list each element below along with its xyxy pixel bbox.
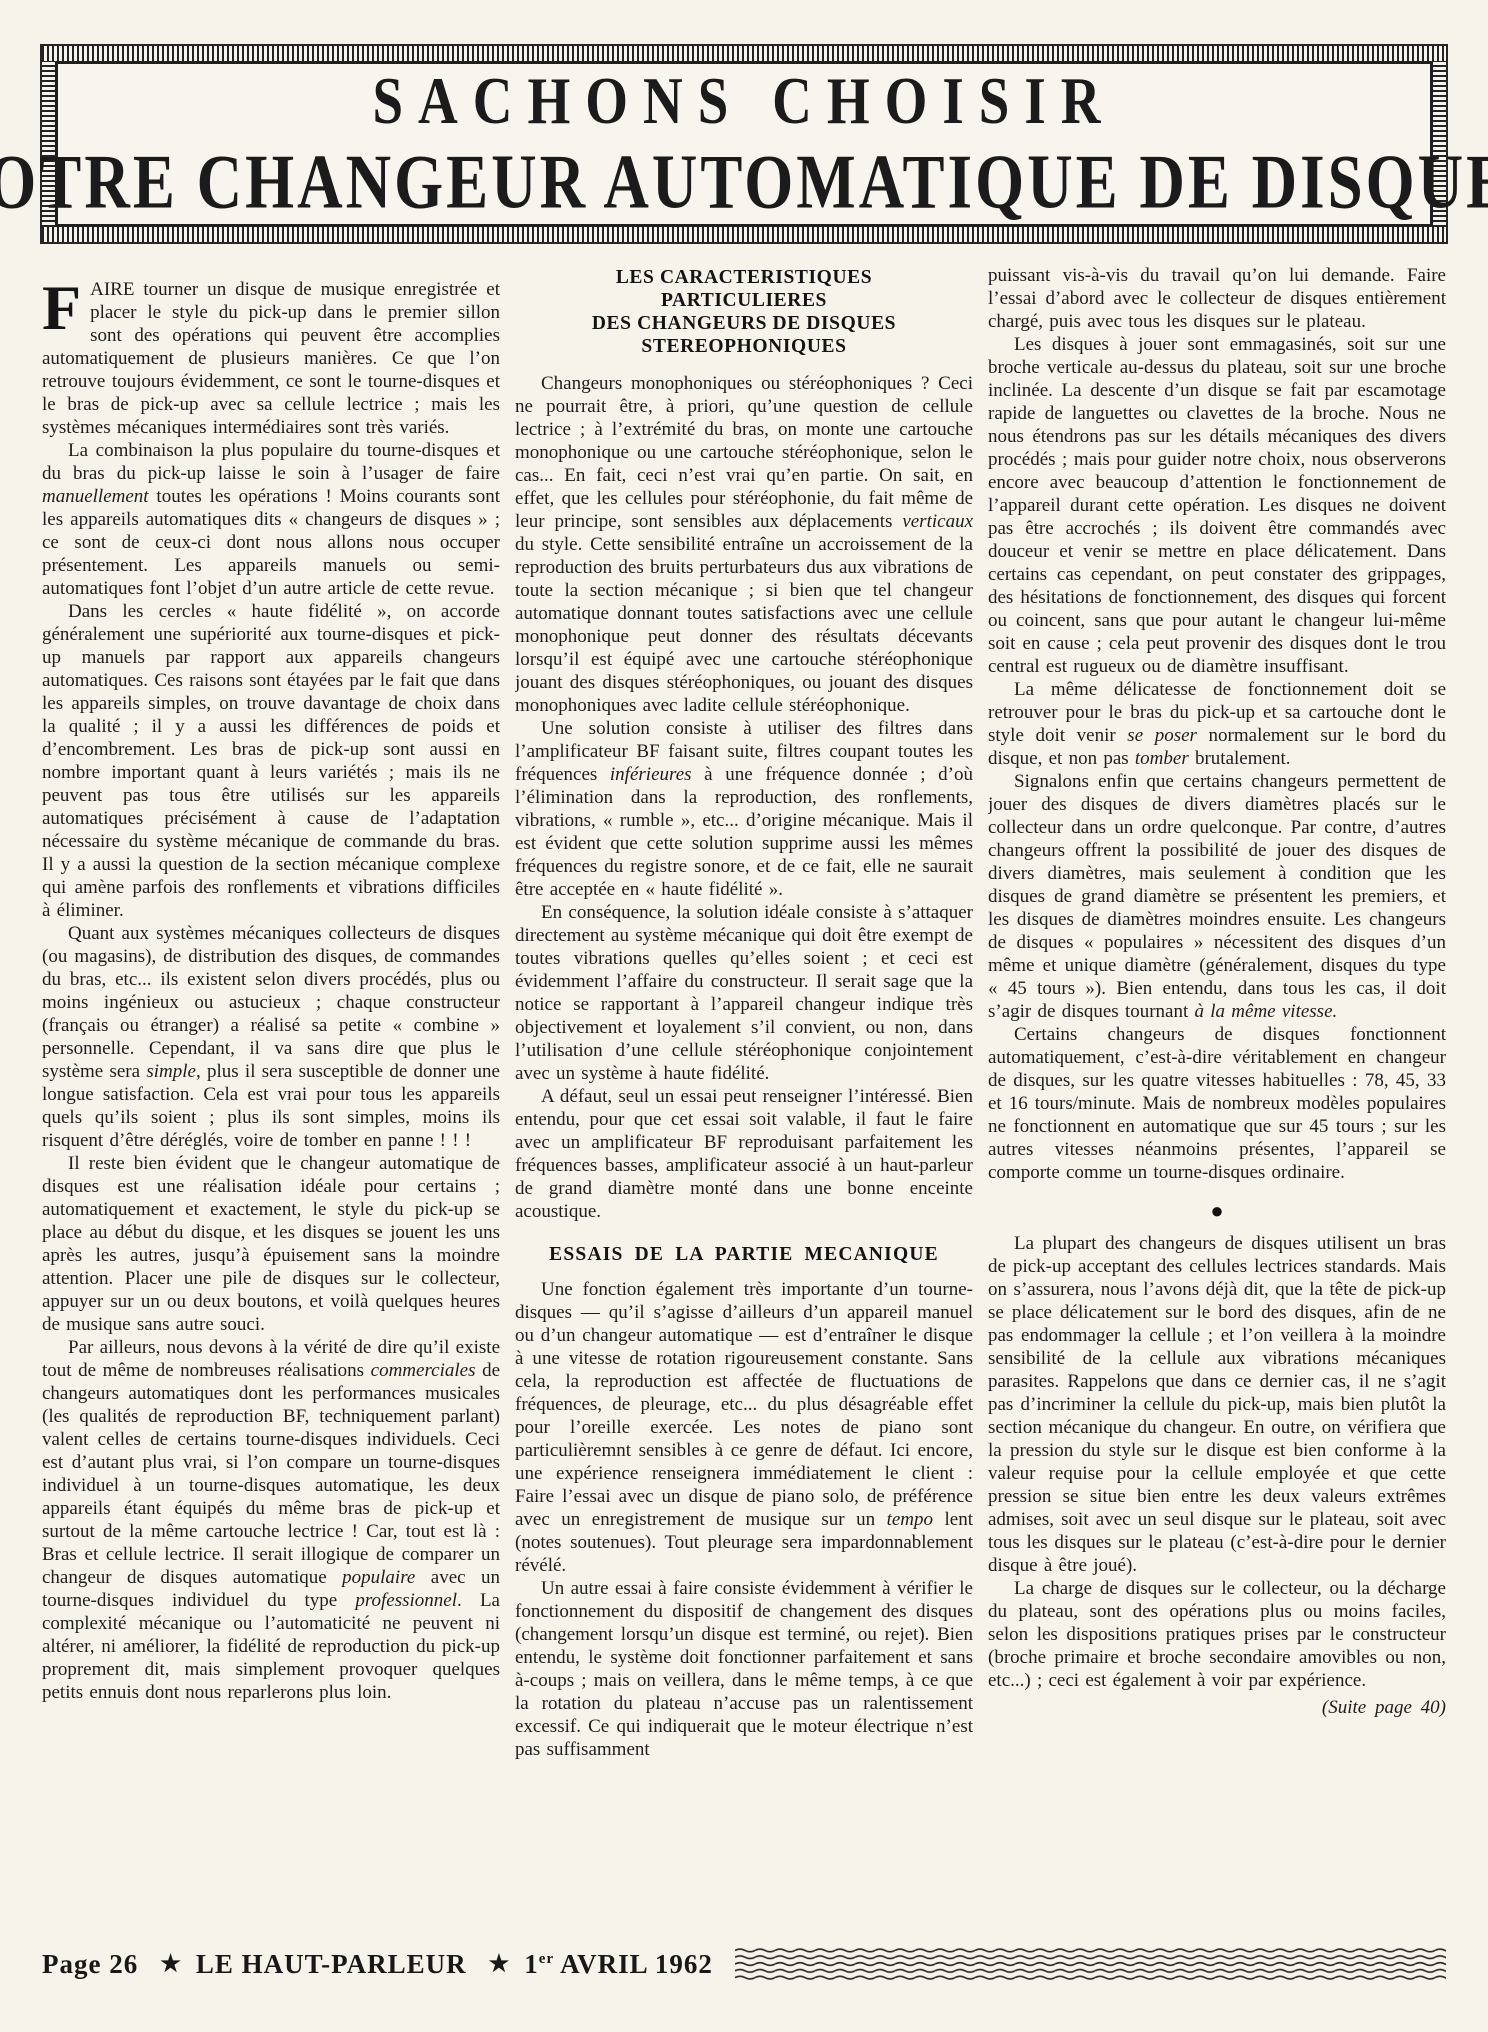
paragraph: Dans les cercles « haute fidélité », on … bbox=[42, 600, 500, 922]
columns-container: FAIRE tourner un disque de musique enreg… bbox=[42, 264, 1446, 1936]
section-heading: LES CARACTERISTIQUESPARTICULIERESDES CHA… bbox=[515, 266, 973, 358]
paragraph: Une solution consiste à utiliser des fil… bbox=[515, 717, 973, 901]
footer-magazine-title: LE HAUT-PARLEUR bbox=[196, 1949, 467, 1980]
section-heading: ESSAIS DE LA PARTIE MECANIQUE bbox=[515, 1243, 973, 1266]
wavy-divider bbox=[735, 1947, 1446, 1981]
paragraph: Quant aux systèmes mécaniques collecteur… bbox=[42, 922, 500, 1152]
paragraph: Certains changeurs de disques fonctionne… bbox=[988, 1023, 1446, 1184]
paragraph: Changeurs monophoniques ou stéréophoniqu… bbox=[515, 372, 973, 717]
paragraph: puissant vis-à-vis du travail qu’on lui … bbox=[988, 264, 1446, 333]
footer-text: Page 26 ★ LE HAUT-PARLEUR ★ 1erAVRIL 196… bbox=[42, 1949, 713, 1980]
continuation-note: (Suite page 40) bbox=[988, 1696, 1446, 1719]
paragraph: Un autre essai à faire consiste évidemme… bbox=[515, 1577, 973, 1761]
section-separator-bullet: ● bbox=[988, 1200, 1446, 1222]
paragraph: Les disques à jouer sont emmagasinés, so… bbox=[988, 333, 1446, 678]
paragraph: La même délicatesse de fonctionnement do… bbox=[988, 678, 1446, 770]
paragraph: Une fonction également très importante d… bbox=[515, 1278, 973, 1577]
star-icon: ★ bbox=[489, 1951, 511, 1977]
article-title-line2: NOTRE CHANGEUR AUTOMATIQUE DE DISQUES bbox=[0, 138, 1488, 227]
footer-page-number: Page 26 bbox=[42, 1949, 138, 1980]
paragraph: Par ailleurs, nous devons à la vérité de… bbox=[42, 1336, 500, 1704]
paragraph: La combinaison la plus populaire du tour… bbox=[42, 439, 500, 600]
masthead-inner: SACHONS CHOISIR NOTRE CHANGEUR AUTOMATIQ… bbox=[55, 61, 1433, 227]
star-icon: ★ bbox=[160, 1951, 182, 1977]
page-footer: Page 26 ★ LE HAUT-PARLEUR ★ 1erAVRIL 196… bbox=[42, 1944, 1446, 1984]
paragraph: A défaut, seul un essai peut renseigner … bbox=[515, 1085, 973, 1223]
article-title-line1: SACHONS CHOISIR bbox=[372, 62, 1115, 139]
paragraph: FAIRE tourner un disque de musique enreg… bbox=[42, 278, 500, 439]
footer-date: 1erAVRIL 1962 bbox=[524, 1949, 713, 1980]
hatched-border-top bbox=[42, 46, 1446, 61]
magazine-page: SACHONS CHOISIR NOTRE CHANGEUR AUTOMATIQ… bbox=[0, 0, 1488, 2032]
column-1: FAIRE tourner un disque de musique enreg… bbox=[42, 264, 500, 1936]
paragraph: En conséquence, la solution idéale consi… bbox=[515, 901, 973, 1085]
paragraph: La charge de disques sur le collecteur, … bbox=[988, 1577, 1446, 1692]
masthead-frame: SACHONS CHOISIR NOTRE CHANGEUR AUTOMATIQ… bbox=[40, 44, 1448, 244]
drop-cap: F bbox=[42, 278, 90, 335]
paragraph: Il reste bien évident que le changeur au… bbox=[42, 1152, 500, 1336]
hatched-border-bottom bbox=[42, 227, 1446, 242]
paragraph: La plupart des changeurs de disques util… bbox=[988, 1232, 1446, 1577]
column-2: LES CARACTERISTIQUESPARTICULIERESDES CHA… bbox=[515, 264, 973, 1936]
column-3: puissant vis-à-vis du travail qu’on lui … bbox=[988, 264, 1446, 1936]
paragraph: Signalons enfin que certains changeurs p… bbox=[988, 770, 1446, 1023]
